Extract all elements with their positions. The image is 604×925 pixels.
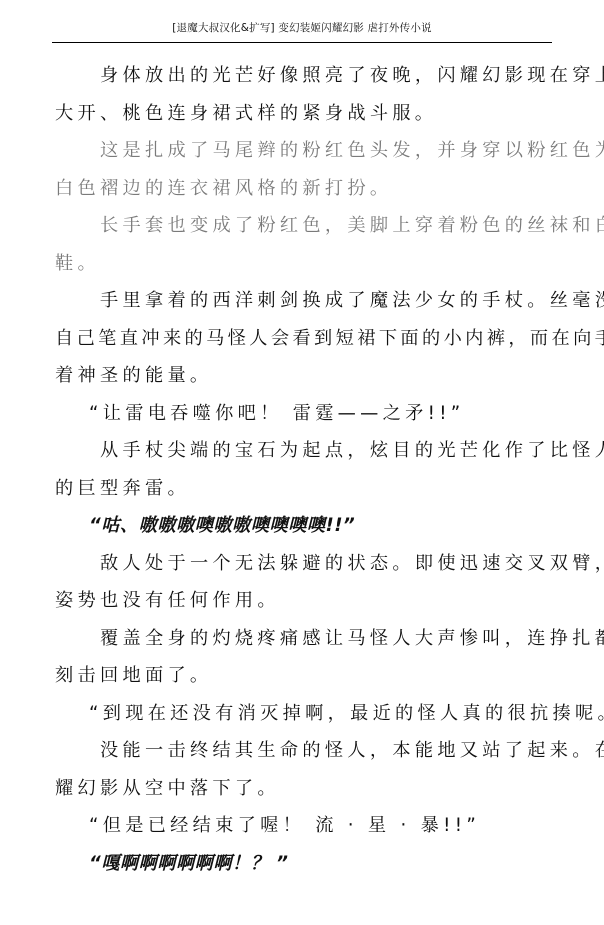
paragraph-line: 白色褶边的连衣裙风格的新打扮。 (55, 170, 552, 208)
paragraph-line: 自己笔直冲来的马怪人会看到短裙下面的小内裤，而在向手杖里注入 (55, 320, 552, 358)
header-divider (52, 42, 552, 43)
paragraph-line: 姿势也没有任何作用。 (55, 582, 552, 620)
paragraph-line: 从手杖尖端的宝石为起点，炫目的光芒化作了比怪人的巨大得多 (55, 432, 552, 470)
paragraph-line: 身体放出的光芒好像照亮了夜晚，闪耀幻影现在穿上了一件胸口 (55, 57, 552, 95)
shout-line: “咕、嗷嗷嗷噢嗷嗷噢噢噢噢!!” (55, 507, 552, 545)
paragraph-line: 刻击回地面了。 (55, 657, 552, 695)
header-title: [退魔大叔汉化&扩写] 变幻装姬闪耀幻影 虐打外传小说 (52, 20, 552, 35)
paragraph-line: 大开、桃色连身裙式样的紧身战斗服。 (55, 95, 552, 133)
paragraph-line: 鞋。 (55, 245, 552, 283)
paragraph-line: 这是扎成了马尾辫的粉红色头发，并身穿以粉红色为基调、搭配 (55, 132, 552, 170)
paragraph-line: 长手套也变成了粉红色，美脚上穿着粉色的丝袜和白色的高跟 (55, 207, 552, 245)
page-header: [退魔大叔汉化&扩写] 变幻装姬闪耀幻影 虐打外传小说 (52, 14, 552, 42)
paragraph-line: 耀幻影从空中落下了。 (55, 770, 552, 808)
shout-line: “嘎啊啊啊啊啊啊！？ ” (55, 845, 552, 883)
paragraph-line: 的巨型奔雷。 (55, 470, 552, 508)
paragraph-line: 手里拿着的西洋刺剑换成了魔法少女的手杖。丝毫没有顾忌朝着 (55, 282, 552, 320)
paragraph-line: 覆盖全身的灼烧疼痛感让马怪人大声惨叫，连挣扎都没有就被立 (55, 620, 552, 658)
paragraph-line: 着神圣的能量。 (55, 357, 552, 395)
dialogue-line: “但是已经结束了喔！ 流 · 星 · 暴!!” (55, 807, 552, 845)
dialogue-line: “到现在还没有消灭掉啊，最近的怪人真的很抗揍呢。” (55, 695, 552, 733)
paragraph-line: 敌人处于一个无法躲避的状态。即使迅速交叉双臂，摆出防御的 (55, 545, 552, 583)
paragraph-line: 没能一击终结其生命的怪人，本能地又站了起来。在他眼前，闪 (55, 732, 552, 770)
novel-body: 身体放出的光芒好像照亮了夜晚，闪耀幻影现在穿上了一件胸口 大开、桃色连身裙式样的… (55, 57, 552, 882)
dialogue-line: “让雷电吞噬你吧！ 雷霆——之矛!!” (55, 395, 552, 433)
